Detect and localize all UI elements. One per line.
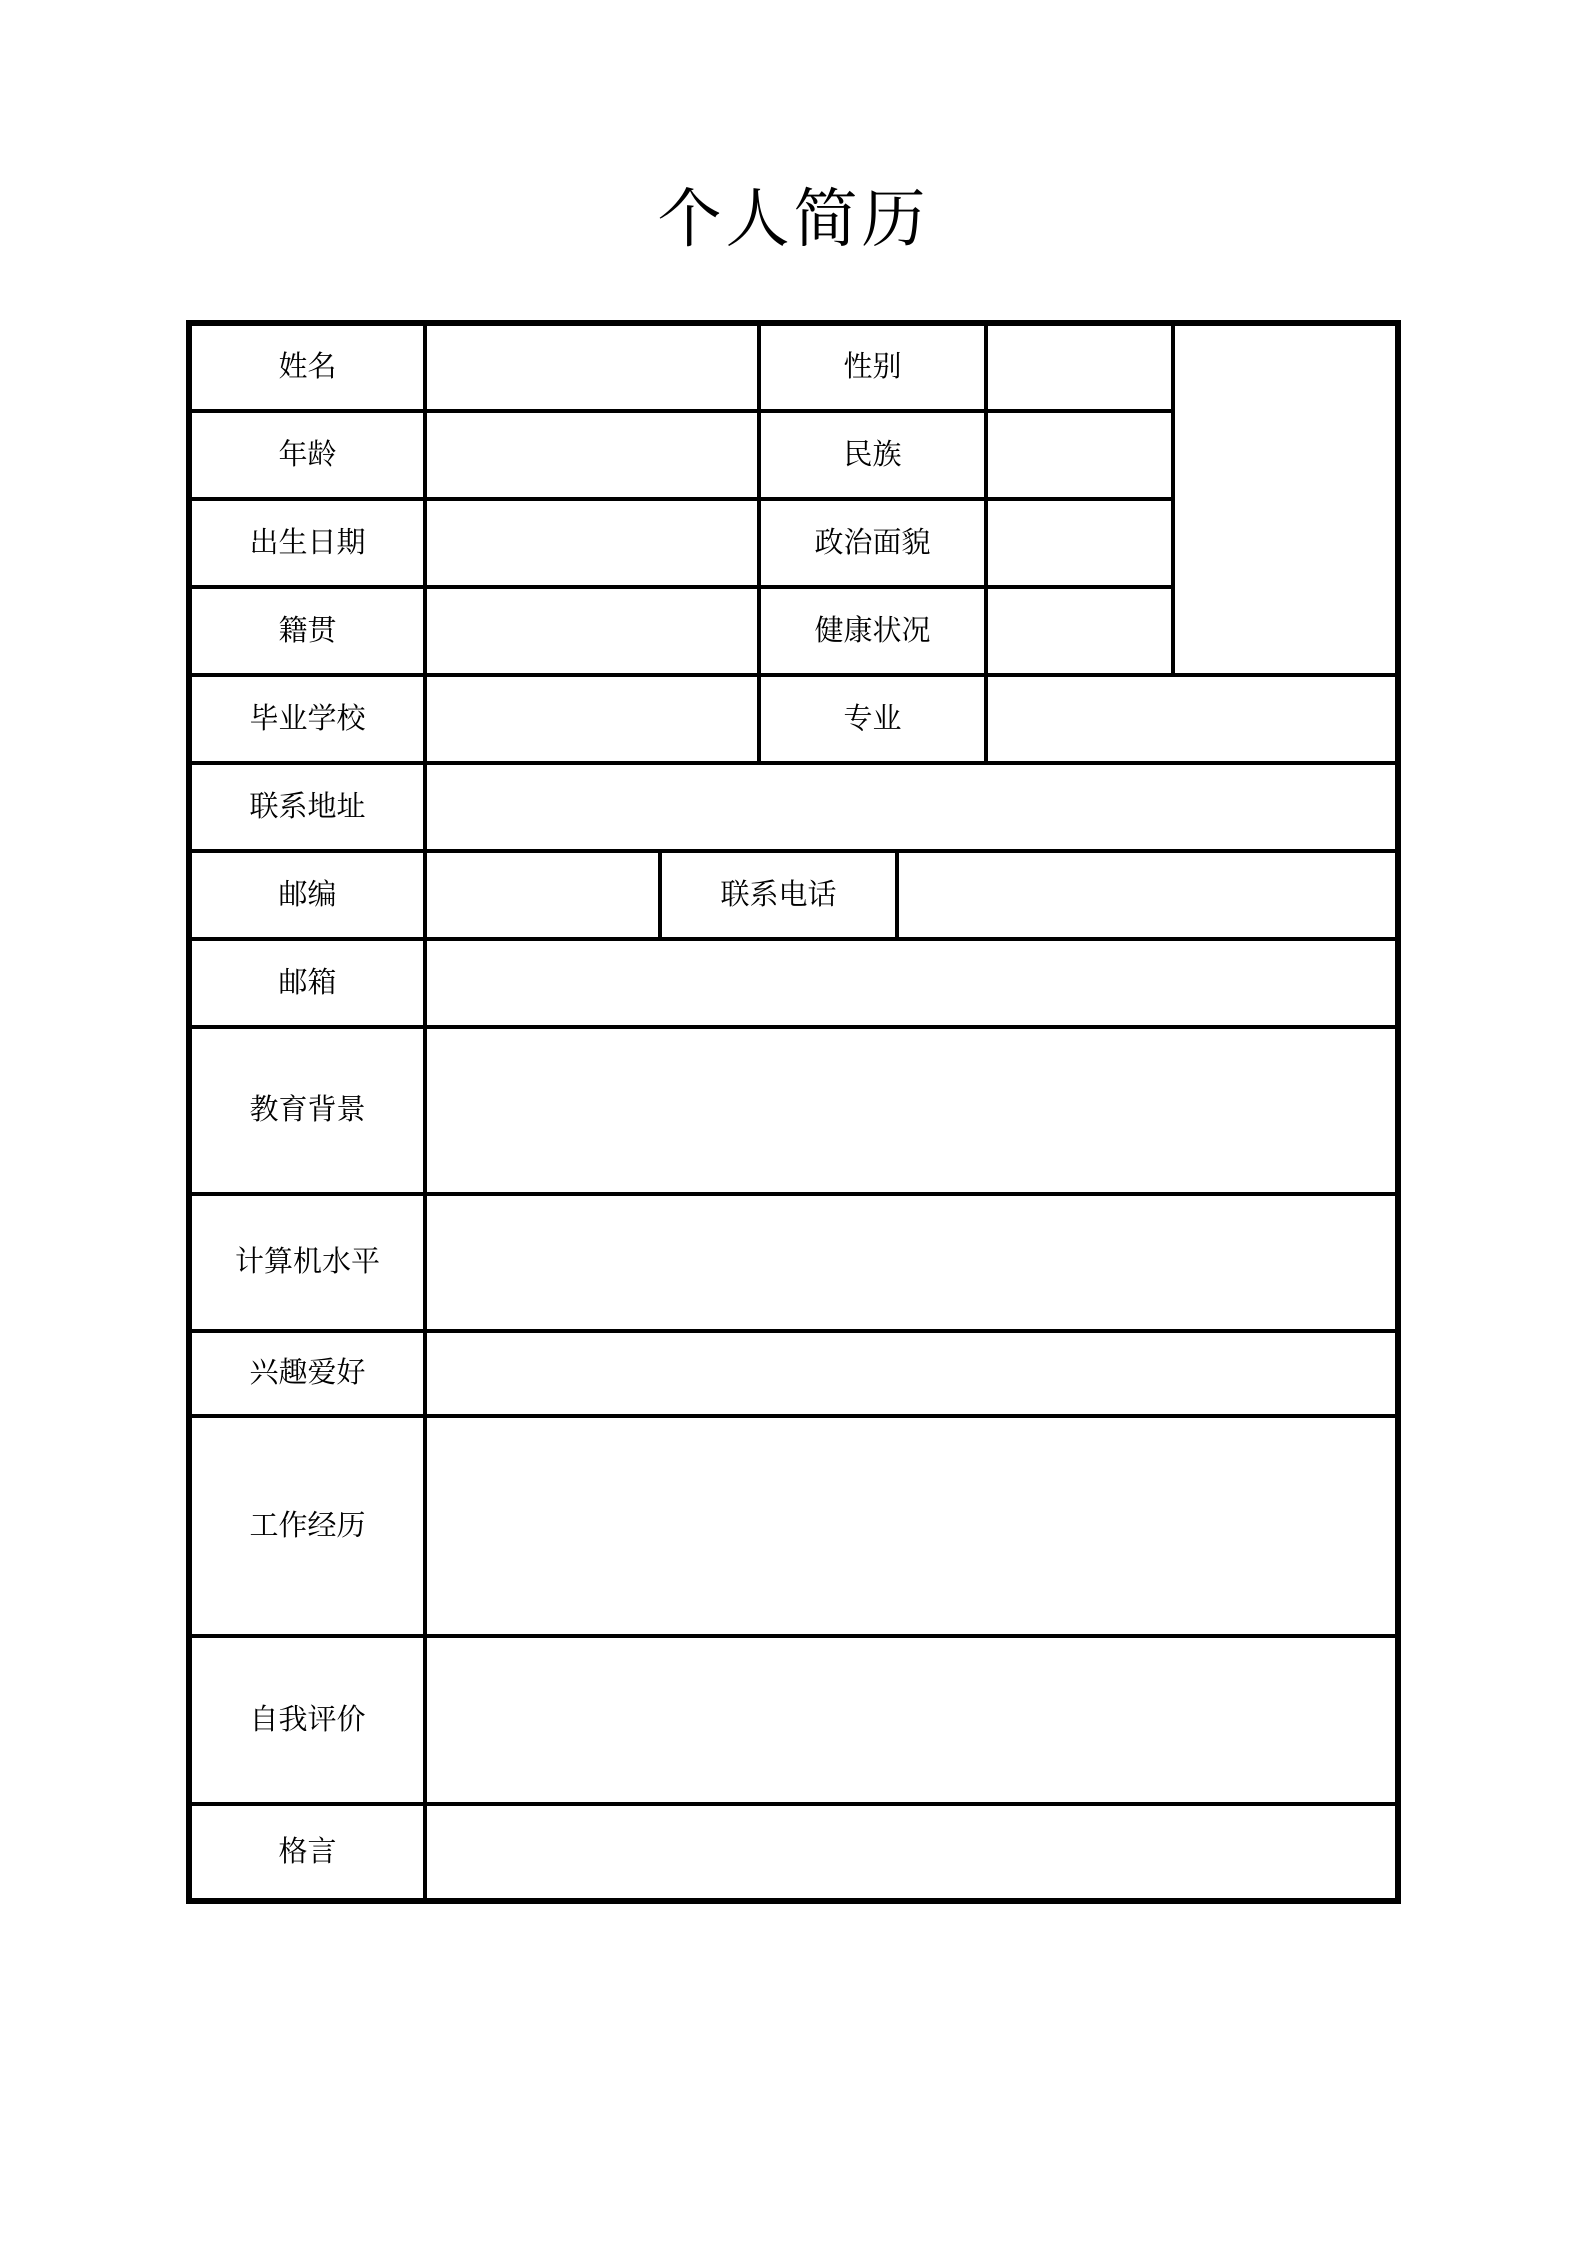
native-place-label: 籍贯 [189, 587, 425, 675]
school-label: 毕业学校 [189, 675, 425, 763]
table-row: 兴趣爱好 [189, 1331, 1398, 1416]
table-row: 格言 [189, 1804, 1398, 1901]
computer-skills-value-cell[interactable] [425, 1194, 1398, 1331]
name-label: 姓名 [189, 323, 425, 411]
phone-value-cell[interactable] [897, 851, 1398, 939]
postal-code-label: 邮编 [189, 851, 425, 939]
education-label: 教育背景 [189, 1027, 425, 1194]
postal-code-value-cell[interactable] [425, 851, 660, 939]
gender-label: 性别 [759, 323, 986, 411]
resume-form-table: 姓名 性别 年龄 民族 出生日期 政治面貌 籍贯 健康状况 [186, 320, 1401, 1904]
page-title: 个人简历 [0, 182, 1587, 259]
political-status-value-cell[interactable] [986, 499, 1173, 587]
health-value-cell[interactable] [986, 587, 1173, 675]
table-row: 毕业学校 专业 [189, 675, 1398, 763]
age-value-cell[interactable] [425, 411, 759, 499]
photo-cell[interactable] [1173, 323, 1398, 675]
hobbies-value-cell[interactable] [425, 1331, 1398, 1416]
email-label: 邮箱 [189, 939, 425, 1027]
ethnicity-value-cell[interactable] [986, 411, 1173, 499]
table-row: 计算机水平 [189, 1194, 1398, 1331]
motto-label: 格言 [189, 1804, 425, 1901]
resume-page: 个人简历 姓名 性别 年龄 民族 出生日期 [0, 0, 1587, 2245]
education-value-cell[interactable] [425, 1027, 1398, 1194]
motto-value-cell[interactable] [425, 1804, 1398, 1901]
ethnicity-label: 民族 [759, 411, 986, 499]
self-evaluation-label: 自我评价 [189, 1636, 425, 1804]
major-value-cell[interactable] [986, 675, 1398, 763]
address-label: 联系地址 [189, 763, 425, 851]
hobbies-label: 兴趣爱好 [189, 1331, 425, 1416]
birth-date-label: 出生日期 [189, 499, 425, 587]
native-place-value-cell[interactable] [425, 587, 759, 675]
phone-label: 联系电话 [660, 851, 897, 939]
health-label: 健康状况 [759, 587, 986, 675]
table-row: 邮编 联系电话 [189, 851, 1398, 939]
major-label: 专业 [759, 675, 986, 763]
table-row: 工作经历 [189, 1416, 1398, 1636]
birth-date-value-cell[interactable] [425, 499, 759, 587]
table-row: 联系地址 [189, 763, 1398, 851]
table-row: 邮箱 [189, 939, 1398, 1027]
email-value-cell[interactable] [425, 939, 1398, 1027]
political-status-label: 政治面貌 [759, 499, 986, 587]
school-value-cell[interactable] [425, 675, 759, 763]
work-experience-value-cell[interactable] [425, 1416, 1398, 1636]
age-label: 年龄 [189, 411, 425, 499]
table-row: 教育背景 [189, 1027, 1398, 1194]
self-evaluation-value-cell[interactable] [425, 1636, 1398, 1804]
work-experience-label: 工作经历 [189, 1416, 425, 1636]
table-row: 自我评价 [189, 1636, 1398, 1804]
table-row: 姓名 性别 [189, 323, 1398, 411]
name-value-cell[interactable] [425, 323, 759, 411]
address-value-cell[interactable] [425, 763, 1398, 851]
computer-skills-label: 计算机水平 [189, 1194, 425, 1331]
gender-value-cell[interactable] [986, 323, 1173, 411]
